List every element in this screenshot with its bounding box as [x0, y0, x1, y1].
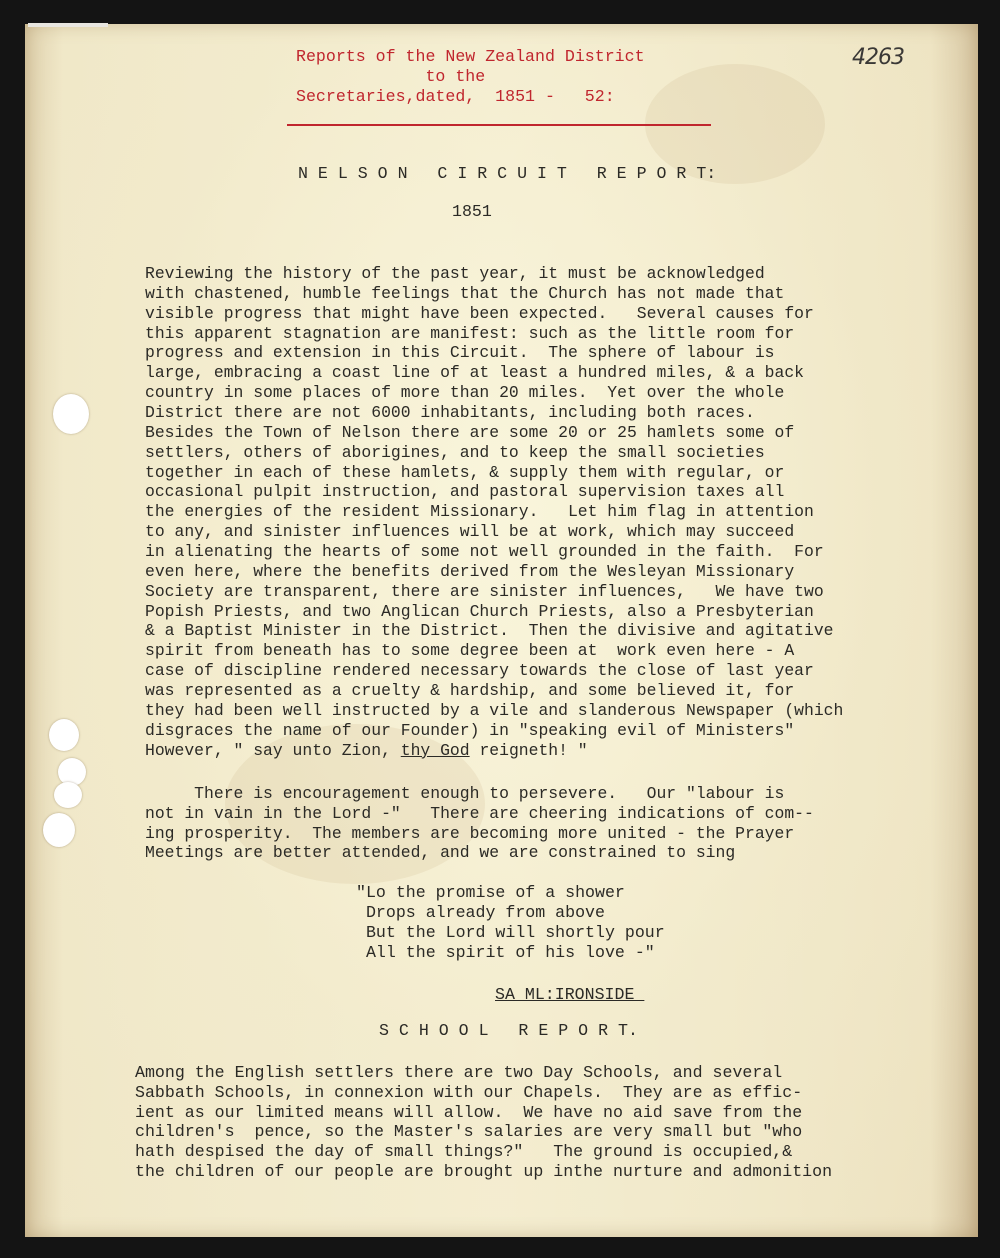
text-line: ing prosperity. The members are becoming… [145, 824, 814, 844]
text-line: children's pence, so the Master's salari… [135, 1122, 832, 1142]
text-line: was represented as a cruelty & hardship,… [145, 681, 843, 701]
text-line: settlers, others of aborigines, and to k… [145, 443, 843, 463]
text-line: Among the English settlers there are two… [135, 1063, 832, 1083]
underlined-phrase: thy God [401, 741, 470, 760]
text-line: country in some places of more than 20 m… [145, 383, 843, 403]
text-line: case of discipline rendered necessary to… [145, 661, 843, 681]
text-fragment: reigneth! " [470, 741, 588, 760]
text-line: this apparent stagnation are manifest: s… [145, 324, 843, 344]
document-header: Reports of the New Zealand District to t… [296, 47, 645, 107]
verse-line: Drops already from above [356, 903, 665, 923]
text-line: disgraces the name of our Founder) in "s… [145, 721, 843, 741]
section-year: 1851 [452, 202, 492, 221]
verse-line: But the Lord will shortly pour [356, 923, 665, 943]
text-line: & a Baptist Minister in the District. Th… [145, 621, 843, 641]
text-line: together in each of these hamlets, & sup… [145, 463, 843, 483]
text-line: with chastened, humble feelings that the… [145, 284, 843, 304]
punch-hole [43, 813, 75, 847]
folio-number: 4263 [852, 45, 904, 70]
hymn-verse: "Lo the promise of a shower Drops alread… [356, 883, 665, 963]
text-line: Society are transparent, there are sinis… [145, 582, 843, 602]
verse-line: All the spirit of his love -" [356, 943, 665, 963]
text-line: However, " say unto Zion, thy God reigne… [145, 741, 843, 761]
text-line: Popish Priests, and two Anglican Church … [145, 602, 843, 622]
section-title-school-report: S C H O O L R E P O R T. [379, 1021, 638, 1040]
text-line: Sabbath Schools, in connexion with our C… [135, 1083, 832, 1103]
text-line: Reviewing the history of the past year, … [145, 264, 843, 284]
text-line: in alienating the hearts of some not wel… [145, 542, 843, 562]
section-title-nelson-circuit: N E L S O N C I R C U I T R E P O R T: [298, 164, 716, 183]
text-line: to any, and sinister influences will be … [145, 522, 843, 542]
text-line: occasional pulpit instruction, and pasto… [145, 482, 843, 502]
text-line: hath despised the day of small things?" … [135, 1142, 832, 1162]
page-torn-edge [28, 23, 108, 27]
text-line: not in vain in the Lord -" There are che… [145, 804, 814, 824]
text-line: Besides the Town of Nelson there are som… [145, 423, 843, 443]
header-line: to the [296, 67, 645, 87]
header-line: Reports of the New Zealand District [296, 47, 645, 67]
text-fragment: However, " say unto Zion, [145, 741, 401, 760]
text-line: There is encouragement enough to perseve… [145, 784, 814, 804]
paragraph-circuit-review: Reviewing the history of the past year, … [145, 264, 843, 760]
paragraph-school-report: Among the English settlers there are two… [135, 1063, 832, 1182]
text-line: spirit from beneath has to some degree b… [145, 641, 843, 661]
punch-hole [54, 782, 82, 808]
punch-hole [53, 394, 89, 434]
text-line: District there are not 6000 inhabitants,… [145, 403, 843, 423]
text-line: ient as our limited means will allow. We… [135, 1103, 832, 1123]
signature: SA ML:IRONSIDE [495, 985, 644, 1004]
paragraph-encouragement: There is encouragement enough to perseve… [145, 784, 814, 863]
punch-hole [49, 719, 79, 751]
text-line: large, embracing a coast line of at leas… [145, 363, 843, 383]
text-line: the energies of the resident Missionary.… [145, 502, 843, 522]
header-line: Secretaries,dated, 1851 - 52: [296, 87, 645, 107]
header-rule [287, 124, 711, 126]
text-line: even here, where the benefits derived fr… [145, 562, 843, 582]
text-line: they had been well instructed by a vile … [145, 701, 843, 721]
text-line: the children of our people are brought u… [135, 1162, 832, 1182]
verse-line: "Lo the promise of a shower [356, 883, 665, 903]
text-line: progress and extension in this Circuit. … [145, 343, 843, 363]
text-line: Meetings are better attended, and we are… [145, 843, 814, 863]
text-line: visible progress that might have been ex… [145, 304, 843, 324]
